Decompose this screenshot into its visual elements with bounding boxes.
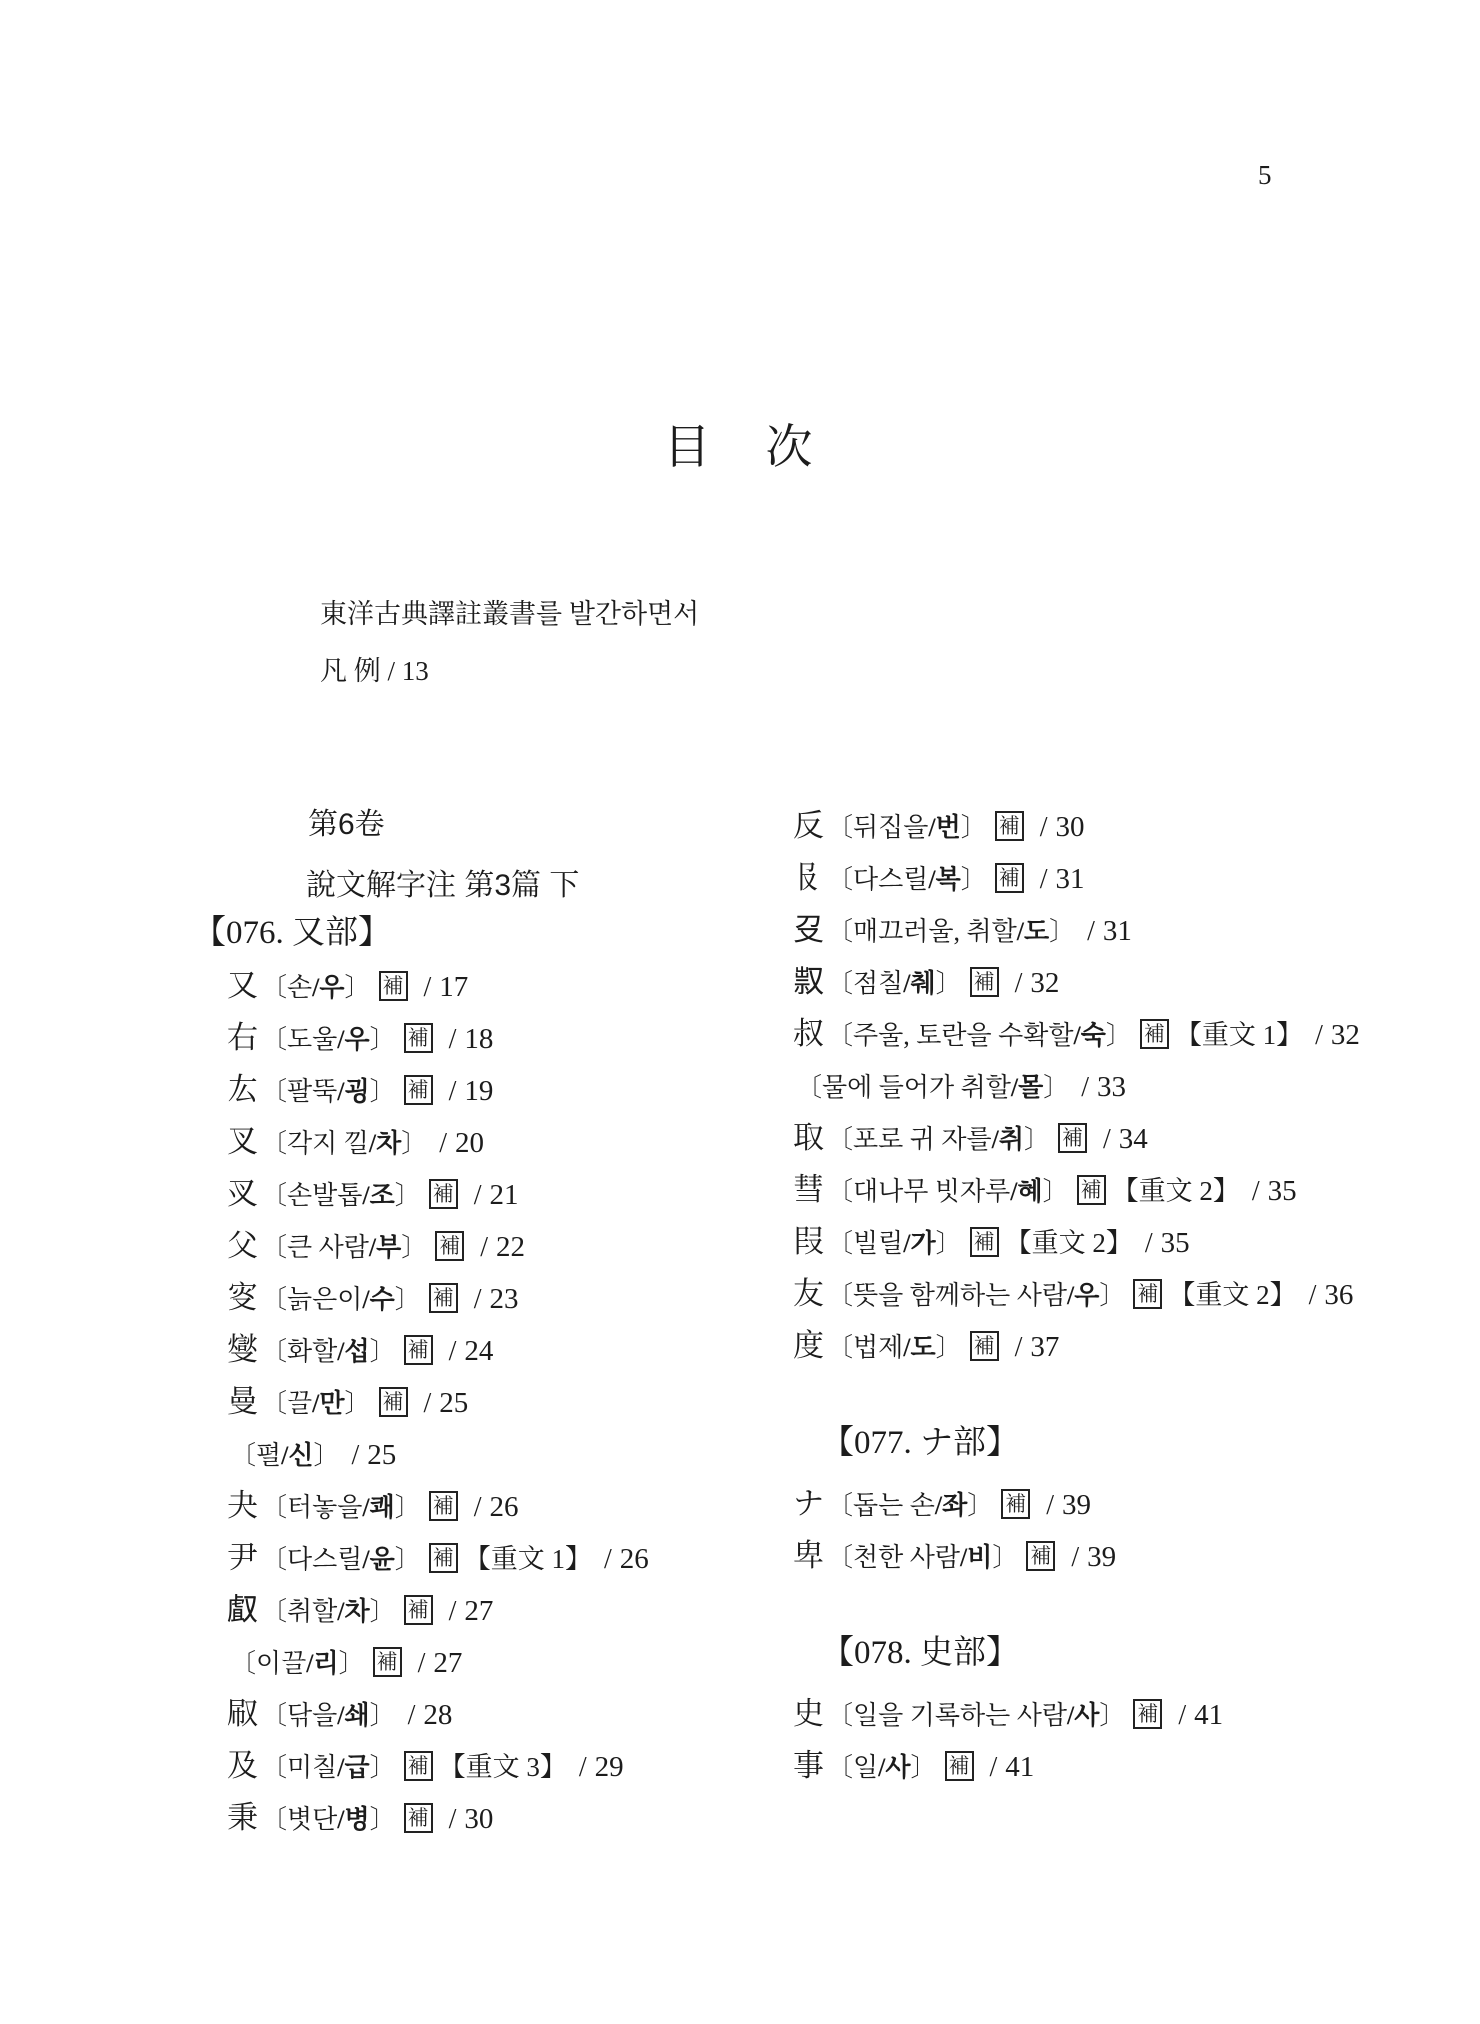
gloss-reading: 병 (344, 1805, 369, 1834)
gloss-bracket-open: 〔 (261, 1805, 287, 1834)
entry-gloss: 〔법제/도〕 (827, 1333, 962, 1362)
entry-page: 32 (1331, 1019, 1360, 1051)
page-separator: / (449, 1336, 457, 1367)
toc-entry: 𠭚〔이끌/리〕補/27 (227, 1636, 649, 1688)
front-matter-line-foreword: 東洋古典譯註叢書를 발간하면서 (320, 592, 699, 649)
page-separator: / (1040, 812, 1048, 843)
gloss-bracket-close: 〕 (1043, 1073, 1069, 1102)
entry-gloss: 〔이끌/리〕 (230, 1649, 365, 1678)
gloss-bracket-close: 〕 (911, 1753, 937, 1782)
entry-page: 27 (464, 1595, 493, 1627)
entry-headword: 㕚 (227, 1176, 258, 1211)
gloss-reading: 차 (344, 1597, 369, 1626)
gloss-bracket-close: 〕 (936, 969, 962, 998)
page-separator: / (1046, 1490, 1054, 1521)
gloss-desc: 손발톱 (287, 1181, 362, 1210)
entry-headword: 友 (793, 1276, 824, 1311)
gloss-bracket-open: 〔 (261, 973, 287, 1002)
bo-supplement-badge: 補 (970, 1331, 999, 1361)
gloss-slash: / (362, 1493, 369, 1522)
gloss-reading: 비 (967, 1543, 992, 1572)
toc-entry: 𠬸〔물에 들어가 취할/몰〕補/33 (793, 1060, 1473, 1112)
entry-page: 39 (1062, 1489, 1091, 1521)
entry-gloss: 〔점칠/췌〕 (827, 969, 962, 998)
entry-gloss: 〔일을 기록하는 사람/사〕 (827, 1701, 1125, 1730)
entry-headword: ナ (793, 1486, 824, 1521)
page-separator: / (1015, 1332, 1023, 1363)
page-separator: / (418, 1648, 426, 1679)
entry-page: 41 (1194, 1699, 1223, 1731)
gloss-bracket-close: 〕 (936, 1229, 962, 1258)
gloss-desc: 천한 사람 (853, 1543, 960, 1572)
bo-supplement-badge: 補 (995, 811, 1024, 841)
entry-gloss: 〔도울/우〕 (261, 1025, 396, 1054)
gloss-bracket-open: 〔 (827, 813, 853, 842)
bo-supplement-badge: 補 (404, 1023, 433, 1053)
gloss-reading: 도 (910, 1333, 935, 1362)
page-separator: / (1315, 1020, 1323, 1051)
gloss-reading: 신 (288, 1441, 313, 1470)
entry-page: 31 (1103, 915, 1132, 947)
bo-supplement-badge: 補 (404, 1595, 433, 1625)
entry-page: 34 (1119, 1123, 1148, 1155)
gloss-bracket-close: 〕 (370, 1753, 396, 1782)
toc-entry: 叜〔늙은이/수〕補/23 (227, 1272, 649, 1324)
page-separator: / (1071, 1542, 1079, 1573)
gloss-bracket-close: 〕 (401, 1233, 427, 1262)
gloss-slash: / (928, 813, 935, 842)
entry-gloss: 〔포로 귀 자를/취〕 (827, 1125, 1050, 1154)
toc-entry: 取〔포로 귀 자를/취〕補/34 (793, 1112, 1473, 1164)
gloss-bracket-open: 〔 (827, 1177, 853, 1206)
gloss-bracket-open: 〔 (827, 1021, 853, 1050)
entry-headword: 叔 (793, 1016, 824, 1051)
entry-page: 30 (1056, 811, 1085, 843)
jungmun-note: 【重文 2】 (1005, 1228, 1133, 1258)
gloss-reading: 수 (370, 1285, 395, 1314)
gloss-bracket-open: 〔 (261, 1285, 287, 1314)
toc-entry: 右〔도울/우〕補/18 (227, 1012, 649, 1064)
section-header-078: 【078. 史部】 (821, 1628, 1473, 1678)
bo-supplement-badge: 補 (379, 1387, 408, 1417)
jungmun-note: 【重文 1】 (1175, 1020, 1303, 1050)
entry-page: 30 (464, 1803, 493, 1835)
entry-headword: 秉 (227, 1800, 258, 1835)
entry-page: 28 (423, 1699, 452, 1731)
entry-page: 29 (595, 1751, 624, 1783)
gloss-desc: 뜻을 함께하는 사람 (853, 1281, 1067, 1310)
entry-gloss: 〔미칠/급〕 (261, 1753, 396, 1782)
toc-entry: 史〔일을 기록하는 사람/사〕補/41 (793, 1688, 1473, 1740)
entry-page: 35 (1161, 1227, 1190, 1259)
toc-entry: 𠭯〔취할/차〕補/27 (227, 1584, 649, 1636)
page-separator: / (1309, 1280, 1317, 1311)
section-header-076: 【076. 又部】 (193, 906, 391, 953)
gloss-desc: 볏단 (287, 1805, 337, 1834)
gloss-reading: 좌 (942, 1491, 967, 1520)
toc-entry: 㕚〔손발톱/조〕補/21 (227, 1168, 649, 1220)
entry-gloss: 〔매끄러울, 취할/도〕 (827, 917, 1075, 946)
bo-supplement-badge: 補 (1077, 1175, 1106, 1205)
gloss-desc: 매끄러울, 취할 (853, 917, 1017, 946)
entry-headword: 夬 (227, 1488, 258, 1523)
entry-gloss: 〔일/사〕 (827, 1753, 937, 1782)
entry-page: 27 (433, 1647, 462, 1679)
gloss-bracket-close: 〕 (395, 1493, 421, 1522)
toc-entry: 𠭥〔점칠/췌〕補/32 (793, 956, 1473, 1008)
page-separator: / (449, 1596, 457, 1627)
entry-headword: 卑 (793, 1538, 824, 1573)
entry-gloss: 〔볏단/병〕 (261, 1805, 396, 1834)
toc-entry: 叉〔각지 낄/차〕補/20 (227, 1116, 649, 1168)
page-separator: / (424, 1388, 432, 1419)
bo-supplement-badge: 補 (429, 1543, 458, 1573)
entry-headword: 彗 (793, 1172, 824, 1207)
gloss-reading: 몰 (1018, 1073, 1043, 1102)
entry-page: 25 (367, 1439, 396, 1471)
gloss-reading: 쇄 (344, 1701, 369, 1730)
gloss-bracket-open: 〔 (261, 1597, 287, 1626)
toc-column-left: 又〔손/우〕補/17 右〔도울/우〕補/18 厷〔팔뚝/굉〕補/19 叉〔각지 … (227, 960, 649, 1844)
gloss-desc: 다스릴 (287, 1545, 362, 1574)
entry-gloss: 〔물에 들어가 취할/몰〕 (796, 1073, 1069, 1102)
gloss-bracket-close: 〕 (1106, 1021, 1132, 1050)
gloss-bracket-open: 〔 (230, 1649, 256, 1678)
toc-page: { "page": { "number": "5", "title": "目 次… (0, 0, 1480, 2024)
bo-supplement-badge: 補 (373, 1647, 402, 1677)
gloss-reading: 우 (344, 1025, 369, 1054)
entry-page: 19 (464, 1075, 493, 1107)
entry-gloss: 〔주울, 토란을 수확할/숙〕 (827, 1021, 1132, 1050)
bo-supplement-badge: 補 (1001, 1489, 1030, 1519)
page-separator: / (474, 1180, 482, 1211)
gloss-desc: 주울, 토란을 수확할 (853, 1021, 1073, 1050)
toc-entry: 燮〔화할/섭〕補/24 (227, 1324, 649, 1376)
entry-gloss: 〔늙은이/수〕 (261, 1285, 421, 1314)
gloss-bracket-close: 〕 (992, 1543, 1018, 1572)
gloss-desc: 이끌 (256, 1649, 306, 1678)
gloss-desc: 포로 귀 자를 (853, 1125, 992, 1154)
entry-headword: 及 (227, 1748, 258, 1783)
gloss-bracket-close: 〕 (936, 1333, 962, 1362)
toc-entry: 叔〔주울, 토란을 수확할/숙〕補【重文 1】/32 (793, 1008, 1473, 1060)
gloss-desc: 끌 (287, 1389, 312, 1418)
toc-entry: 㕞〔닦을/쇄〕補/28 (227, 1688, 649, 1740)
gloss-bracket-open: 〔 (827, 1125, 853, 1154)
entry-headword: 右 (227, 1020, 258, 1055)
entry-gloss: 〔뜻을 함께하는 사람/우〕 (827, 1281, 1125, 1310)
gloss-reading: 우 (1074, 1281, 1099, 1310)
gloss-desc: 뒤집을 (853, 813, 928, 842)
entry-page: 26 (620, 1543, 649, 1575)
entry-page: 20 (455, 1127, 484, 1159)
toc-entry: 𠬝〔다스릴/복〕補/31 (793, 852, 1473, 904)
gloss-reading: 부 (376, 1233, 401, 1262)
jungmun-note: 【重文 2】 (1112, 1176, 1240, 1206)
gloss-reading: 숙 (1081, 1021, 1106, 1050)
gloss-desc: 손 (287, 973, 312, 1002)
volume-label: 第6卷 (308, 799, 385, 843)
bo-supplement-badge: 補 (404, 1751, 433, 1781)
gloss-bracket-close: 〕 (961, 865, 987, 894)
gloss-bracket-close: 〕 (395, 1545, 421, 1574)
entry-page: 37 (1030, 1331, 1059, 1363)
bo-supplement-badge: 補 (404, 1075, 433, 1105)
gloss-bracket-open: 〔 (261, 1493, 287, 1522)
entry-gloss: 〔터놓을/쾌〕 (261, 1493, 421, 1522)
entry-page: 22 (496, 1231, 525, 1263)
gloss-desc: 빌릴 (853, 1229, 903, 1258)
gloss-slash: / (1011, 1073, 1018, 1102)
entry-page: 17 (439, 971, 468, 1003)
entry-page: 25 (439, 1387, 468, 1419)
page-separator: / (352, 1440, 360, 1471)
gloss-bracket-open: 〔 (230, 1441, 256, 1470)
gloss-reading: 도 (1024, 917, 1049, 946)
gloss-reading: 사 (885, 1753, 910, 1782)
entry-gloss: 〔펼/신〕 (230, 1441, 340, 1470)
entry-page: 24 (464, 1335, 493, 1367)
entry-gloss: 〔다스릴/복〕 (827, 865, 987, 894)
gloss-desc: 물에 들어가 취할 (822, 1073, 1011, 1102)
page-separator: / (1103, 1124, 1111, 1155)
entry-headword: 𠬝 (793, 860, 824, 895)
bo-supplement-badge: 補 (945, 1751, 974, 1781)
gloss-reading: 만 (319, 1389, 344, 1418)
gloss-desc: 팔뚝 (287, 1077, 337, 1106)
gloss-desc: 도울 (287, 1025, 337, 1054)
entry-page: 18 (464, 1023, 493, 1055)
gloss-desc: 취할 (287, 1597, 337, 1626)
entry-headword: 𠭥 (793, 964, 824, 999)
gloss-slash: / (362, 1545, 369, 1574)
gloss-bracket-open: 〔 (261, 1753, 287, 1782)
gloss-bracket-open: 〔 (261, 1701, 287, 1730)
page-separator: / (579, 1752, 587, 1783)
entry-gloss: 〔대나무 빗자루/혜〕 (827, 1177, 1069, 1206)
gloss-bracket-open: 〔 (827, 1491, 853, 1520)
entry-headword: 叉 (227, 1124, 258, 1159)
entry-gloss: 〔닦을/쇄〕 (261, 1701, 396, 1730)
page-separator: / (1252, 1176, 1260, 1207)
page-separator: / (1015, 968, 1023, 999)
gloss-slash: / (928, 865, 935, 894)
gloss-desc: 일을 기록하는 사람 (853, 1701, 1067, 1730)
page-separator: / (604, 1544, 612, 1575)
gloss-reading: 차 (376, 1129, 401, 1158)
entry-headword: 㕞 (227, 1696, 258, 1731)
entries-078: 史〔일을 기록하는 사람/사〕補/41 事〔일/사〕補/41 (793, 1688, 1473, 1792)
entry-page: 39 (1087, 1541, 1116, 1573)
jungmun-note: 【重文 2】 (1168, 1280, 1296, 1310)
gloss-desc: 미칠 (287, 1753, 337, 1782)
gloss-reading: 급 (344, 1753, 369, 1782)
bo-supplement-badge: 補 (1133, 1699, 1162, 1729)
page-separator: / (449, 1804, 457, 1835)
page-separator: / (480, 1232, 488, 1263)
gloss-bracket-close: 〕 (370, 1025, 396, 1054)
gloss-bracket-open: 〔 (796, 1073, 822, 1102)
gloss-bracket-close: 〕 (1043, 1177, 1069, 1206)
gloss-bracket-open: 〔 (261, 1077, 287, 1106)
gloss-desc: 각지 낄 (287, 1129, 369, 1158)
entry-gloss: 〔취할/차〕 (261, 1597, 396, 1626)
page-separator: / (439, 1128, 447, 1159)
entry-gloss: 〔끌/만〕 (261, 1389, 371, 1418)
gloss-desc: 큰 사람 (287, 1233, 369, 1262)
gloss-reading: 리 (313, 1649, 338, 1678)
toc-entry: 彗〔대나무 빗자루/혜〕補【重文 2】/35 (793, 1164, 1473, 1216)
gloss-slash: / (992, 1125, 999, 1154)
jungmun-note: 【重文 1】 (464, 1544, 592, 1574)
gloss-bracket-close: 〕 (345, 1389, 371, 1418)
bo-supplement-badge: 補 (429, 1283, 458, 1313)
entry-headword: 曼 (227, 1384, 258, 1419)
gloss-reading: 섭 (344, 1337, 369, 1366)
entry-gloss: 〔화할/섭〕 (261, 1337, 396, 1366)
gloss-bracket-open: 〔 (827, 1543, 853, 1572)
bo-supplement-badge: 補 (429, 1491, 458, 1521)
gloss-bracket-open: 〔 (827, 1701, 853, 1730)
entry-headword: 度 (793, 1328, 824, 1363)
toc-entry: 友〔뜻을 함께하는 사람/우〕補【重文 2】/36 (793, 1268, 1473, 1320)
gloss-bracket-close: 〕 (1099, 1701, 1125, 1730)
gloss-bracket-close: 〕 (345, 973, 371, 1002)
gloss-bracket-close: 〕 (314, 1441, 340, 1470)
gloss-desc: 닦을 (287, 1701, 337, 1730)
entry-headword: 反 (793, 808, 824, 843)
gloss-bracket-close: 〕 (395, 1181, 421, 1210)
toc-entry: 夬〔터놓을/쾌〕補/26 (227, 1480, 649, 1532)
entry-gloss: 〔뒤집을/번〕 (827, 813, 987, 842)
page-separator: / (1178, 1700, 1186, 1731)
jungmun-note: 【重文 3】 (439, 1752, 567, 1782)
page-separator: / (474, 1492, 482, 1523)
gloss-reading: 조 (370, 1181, 395, 1210)
entry-headword: 𠭯 (227, 1592, 258, 1627)
toc-entry: 事〔일/사〕補/41 (793, 1740, 1473, 1792)
page-separator: / (424, 972, 432, 1003)
gloss-slash: / (362, 1285, 369, 1314)
entry-page: 36 (1324, 1279, 1353, 1311)
toc-entry: 尹〔다스릴/윤〕補【重文 1】/26 (227, 1532, 649, 1584)
entry-gloss: 〔팔뚝/굉〕 (261, 1077, 396, 1106)
gloss-slash: / (1017, 917, 1024, 946)
bo-supplement-badge: 補 (404, 1335, 433, 1365)
gloss-bracket-close: 〕 (1099, 1281, 1125, 1310)
toc-entry: 厷〔팔뚝/굉〕補/19 (227, 1064, 649, 1116)
bo-supplement-badge: 補 (1058, 1123, 1087, 1153)
gloss-reading: 우 (319, 973, 344, 1002)
bo-supplement-badge: 補 (379, 971, 408, 1001)
toc-entry: 秉〔볏단/병〕補/30 (227, 1792, 649, 1844)
entry-gloss: 〔각지 낄/차〕 (261, 1129, 427, 1158)
gloss-bracket-close: 〕 (401, 1129, 427, 1158)
toc-entry: 度〔법제/도〕補/37 (793, 1320, 1473, 1372)
gloss-reading: 쾌 (370, 1493, 395, 1522)
toc-column-right: 反〔뒤집을/번〕補/30 𠬝〔다스릴/복〕補/31 𠬛〔매끄러울, 취할/도〕補… (793, 800, 1473, 1792)
gloss-bracket-open: 〔 (261, 1181, 287, 1210)
page-number: 5 (1258, 160, 1272, 191)
gloss-desc: 점칠 (853, 969, 903, 998)
bo-supplement-badge: 補 (970, 1227, 999, 1257)
section-header-077: 【077. ナ部】 (821, 1418, 1473, 1468)
entry-gloss: 〔돕는 손/좌〕 (827, 1491, 993, 1520)
entries-076-continued: 反〔뒤집을/번〕補/30 𠬝〔다스릴/복〕補/31 𠬛〔매끄러울, 취할/도〕補… (793, 800, 1473, 1372)
gloss-desc: 펼 (256, 1441, 281, 1470)
page-separator: / (408, 1700, 416, 1731)
entry-page: 41 (1005, 1751, 1034, 1783)
gloss-bracket-open: 〔 (261, 1389, 287, 1418)
toc-entry: ナ〔돕는 손/좌〕補/39 (793, 1478, 1473, 1530)
gloss-bracket-close: 〕 (370, 1701, 396, 1730)
entry-headword: 又 (227, 968, 258, 1003)
gloss-bracket-open: 〔 (827, 1281, 853, 1310)
gloss-desc: 다스릴 (853, 865, 928, 894)
entry-page: 32 (1030, 967, 1059, 999)
entry-headword: 𠬛 (793, 912, 824, 947)
gloss-reading: 복 (936, 865, 961, 894)
bo-supplement-badge: 補 (970, 967, 999, 997)
gloss-reading: 굉 (344, 1077, 369, 1106)
gloss-desc: 법제 (853, 1333, 903, 1362)
entry-page: 33 (1097, 1071, 1126, 1103)
gloss-desc: 늙은이 (287, 1285, 362, 1314)
entry-headword: 燮 (227, 1332, 258, 1367)
gloss-bracket-open: 〔 (827, 969, 853, 998)
gloss-reading: 사 (1074, 1701, 1099, 1730)
gloss-bracket-close: 〕 (370, 1597, 396, 1626)
gloss-reading: 췌 (910, 969, 935, 998)
front-matter-line-legend: 凡 例 / 13 (320, 649, 699, 706)
page-separator: / (474, 1284, 482, 1315)
gloss-desc: 일 (853, 1753, 878, 1782)
entry-page: 26 (490, 1491, 519, 1523)
entry-gloss: 〔다스릴/윤〕 (261, 1545, 421, 1574)
bo-supplement-badge: 補 (1133, 1279, 1162, 1309)
gloss-bracket-open: 〔 (827, 865, 853, 894)
toc-entry: 卑〔천한 사람/비〕補/39 (793, 1530, 1473, 1582)
bo-supplement-badge: 補 (404, 1803, 433, 1833)
bo-supplement-badge: 補 (1140, 1019, 1169, 1049)
gloss-reading: 번 (936, 813, 961, 842)
entry-gloss: 〔천한 사람/비〕 (827, 1543, 1018, 1572)
toc-entry: 叚〔빌릴/가〕補【重文 2】/35 (793, 1216, 1473, 1268)
toc-entry: 父〔큰 사람/부〕補/22 (227, 1220, 649, 1272)
gloss-slash: / (362, 1181, 369, 1210)
gloss-bracket-open: 〔 (261, 1337, 287, 1366)
page-separator: / (1040, 864, 1048, 895)
toc-entry: 𠬛〔매끄러울, 취할/도〕補/31 (793, 904, 1473, 956)
toc-entry: 又〔손/우〕補/17 (227, 960, 649, 1012)
gloss-bracket-close: 〕 (1049, 917, 1075, 946)
page-separator: / (449, 1024, 457, 1055)
entry-headword: 父 (227, 1228, 258, 1263)
entry-headword: 尹 (227, 1540, 258, 1575)
gloss-desc: 터놓을 (287, 1493, 362, 1522)
gloss-reading: 가 (910, 1229, 935, 1258)
gloss-bracket-open: 〔 (827, 917, 853, 946)
gloss-bracket-close: 〕 (370, 1077, 396, 1106)
gloss-bracket-open: 〔 (827, 1333, 853, 1362)
gloss-bracket-close: 〕 (395, 1285, 421, 1314)
bo-supplement-badge: 補 (435, 1231, 464, 1261)
page-title: 目 次 (0, 410, 1480, 477)
gloss-bracket-open: 〔 (261, 1129, 287, 1158)
entry-page: 31 (1056, 863, 1085, 895)
entry-headword: 叚 (793, 1224, 824, 1259)
gloss-bracket-close: 〕 (370, 1337, 396, 1366)
